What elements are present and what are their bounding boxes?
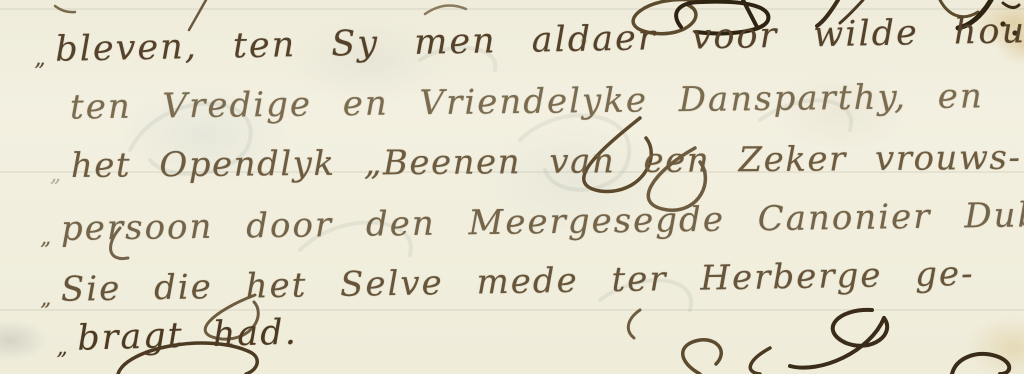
line-text: ten Vredige en Vriendelyke Dansparthy, e… bbox=[70, 76, 984, 127]
paper-crease bbox=[0, 8, 1024, 10]
line-text: bleven, ten Sy men aldaer voor wilde hou… bbox=[55, 10, 1024, 70]
line-text: persoon door den Meergesegde Canonier Du… bbox=[61, 195, 1024, 249]
manuscript-line: „bleven, ten Sy men aldaer voor wilde ho… bbox=[34, 10, 1024, 71]
line-text: het Opendlyk „Beenen van een Zeker vrouw… bbox=[71, 138, 1022, 186]
manuscript-line: ten Vredige en Vriendelyke Dansparthy, e… bbox=[60, 76, 984, 127]
margin-quote-mark: „ bbox=[50, 161, 61, 186]
manuscript-line: „bragt had. bbox=[55, 313, 298, 361]
manuscript-line: „het Opendlyk „Beenen van een Zeker vrou… bbox=[50, 138, 1022, 186]
line-text: Sie die het Selve mede ter Herberge ge- bbox=[61, 254, 975, 310]
margin-quote-mark: „ bbox=[34, 46, 46, 71]
margin-quote-mark: „ bbox=[56, 335, 68, 360]
manuscript-page: „bleven, ten Sy men aldaer voor wilde ho… bbox=[0, 0, 1024, 374]
paper-crease bbox=[0, 309, 1024, 311]
manuscript-line: „Sie die het Selve mede ter Herberge ge- bbox=[40, 254, 975, 310]
manuscript-line: „persoon door den Meergesegde Canonier D… bbox=[40, 195, 1024, 249]
line-text: bragt had. bbox=[77, 313, 299, 359]
margin-quote-mark: „ bbox=[40, 224, 51, 249]
margin-quote-mark: „ bbox=[40, 285, 51, 310]
